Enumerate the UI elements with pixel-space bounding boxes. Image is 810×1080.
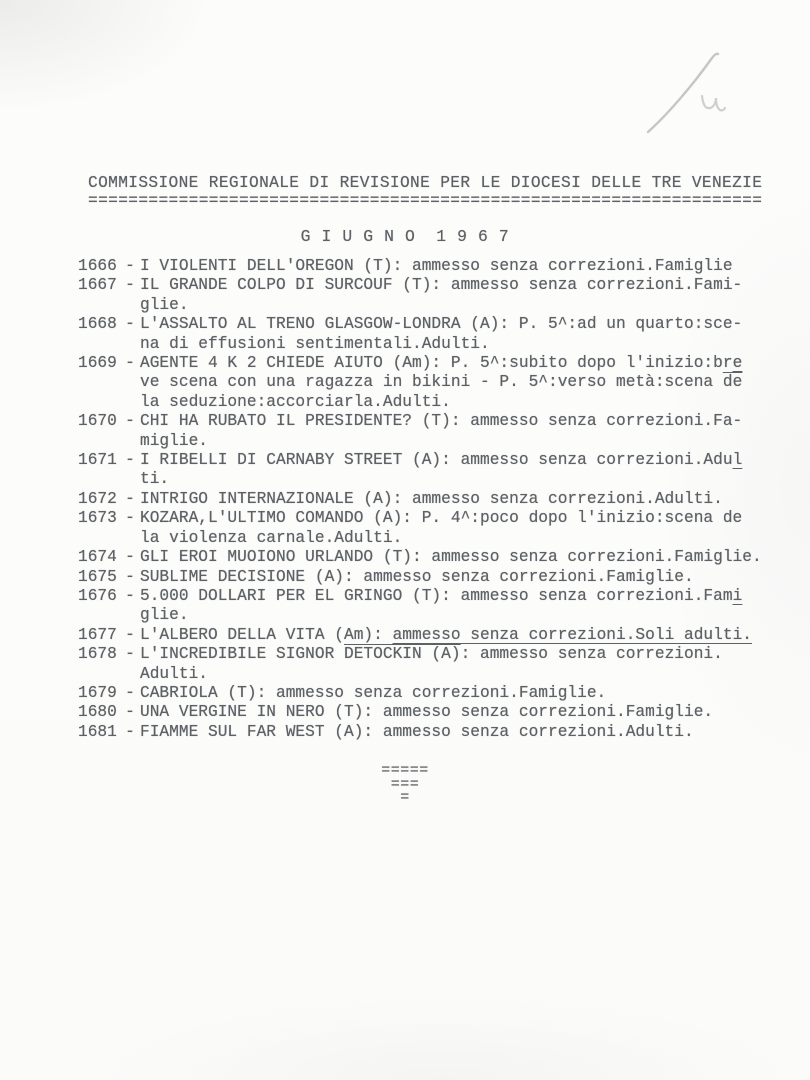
entry-number: 1672 [78, 490, 120, 509]
title-underline: ========================================… [88, 194, 778, 208]
entry-text-line: glie. [140, 296, 802, 315]
entry-dash: - [120, 645, 140, 664]
film-entry: 1680-UNA VERGINE IN NERO (T): ammesso se… [78, 703, 802, 722]
page-title: COMMISSIONE REGIONALE DI REVISIONE PER L… [88, 174, 778, 193]
film-entry: 1673-KOZARA,L'ULTIMO COMANDO (A): P. 4^:… [78, 509, 802, 548]
entry-number: 1669 [78, 354, 120, 373]
film-entry: 1676-5.000 DOLLARI PER EL GRINGO (T): am… [78, 587, 802, 626]
entry-text-line: 5.000 DOLLARI PER EL GRINGO (T): ammesso… [140, 587, 802, 606]
entry-text-line: I VIOLENTI DELL'OREGON (T): ammesso senz… [140, 257, 802, 276]
entry-text-line: Adulti. [140, 665, 802, 684]
film-entry: 1668-L'ASSALTO AL TRENO GLASGOW-LONDRA (… [78, 315, 802, 354]
entry-number: 1673 [78, 509, 120, 528]
film-entry: 1667-IL GRANDE COLPO DI SURCOUF (T): amm… [78, 276, 802, 315]
entry-text-line: L'ALBERO DELLA VITA (Am): ammesso senza … [140, 626, 802, 645]
entry-text-line: ti. [140, 470, 802, 489]
entry-text-line: la violenza carnale.Adulti. [140, 529, 802, 548]
entry-number: 1674 [78, 548, 120, 567]
film-entry: 1671-I RIBELLI DI CARNABY STREET (A): am… [78, 451, 802, 490]
entry-dash: - [120, 490, 140, 509]
entry-text-line: L'INCREDIBILE SIGNOR DETOCKIN (A): ammes… [140, 645, 802, 664]
end-marks: ========= [0, 764, 810, 805]
entry-text: I RIBELLI DI CARNABY STREET (A): ammesso… [140, 451, 802, 490]
entry-text-line: IL GRANDE COLPO DI SURCOUF (T): ammesso … [140, 276, 802, 295]
entry-text-line: KOZARA,L'ULTIMO COMANDO (A): P. 4^:poco … [140, 509, 802, 528]
entry-text: CABRIOLA (T): ammesso senza correzioni.F… [140, 684, 802, 703]
scanned-document-page: COMMISSIONE REGIONALE DI REVISIONE PER L… [0, 0, 810, 1080]
entry-number: 1670 [78, 412, 120, 431]
entry-number: 1677 [78, 626, 120, 645]
entry-dash: - [120, 587, 140, 606]
entry-number: 1678 [78, 645, 120, 664]
entry-number: 1667 [78, 276, 120, 295]
entry-number: 1680 [78, 703, 120, 722]
entry-text-line: UNA VERGINE IN NERO (T): ammesso senza c… [140, 703, 802, 722]
entry-text-line: glie. [140, 606, 802, 625]
entry-text: L'ASSALTO AL TRENO GLASGOW-LONDRA (A): P… [140, 315, 802, 354]
entry-number: 1679 [78, 684, 120, 703]
film-entry: 1677-L'ALBERO DELLA VITA (Am): ammesso s… [78, 626, 802, 645]
entry-dash: - [120, 509, 140, 528]
entry-dash: - [120, 548, 140, 567]
entry-text: L'ALBERO DELLA VITA (Am): ammesso senza … [140, 626, 802, 645]
entry-text-line: AGENTE 4 K 2 CHIEDE AIUTO (Am): P. 5^:su… [140, 354, 802, 373]
film-entry: 1681-FIAMME SUL FAR WEST (A): ammesso se… [78, 723, 802, 742]
film-entry: 1675-SUBLIME DECISIONE (A): ammesso senz… [78, 568, 802, 587]
entry-text: 5.000 DOLLARI PER EL GRINGO (T): ammesso… [140, 587, 802, 626]
entry-text-line: la seduzione:accorciarla.Adulti. [140, 393, 802, 412]
entry-text-line: FIAMME SUL FAR WEST (A): ammesso senza c… [140, 723, 802, 742]
entry-text: SUBLIME DECISIONE (A): ammesso senza cor… [140, 568, 802, 587]
entry-dash: - [120, 626, 140, 645]
entry-text: CHI HA RUBATO IL PRESIDENTE? (T): ammess… [140, 412, 802, 451]
document-header: COMMISSIONE REGIONALE DI REVISIONE PER L… [88, 174, 778, 208]
entry-text-line: GLI EROI MUOIONO URLANDO (T): ammesso se… [140, 548, 802, 567]
entry-text: GLI EROI MUOIONO URLANDO (T): ammesso se… [140, 548, 802, 567]
entry-number: 1666 [78, 257, 120, 276]
entry-number: 1668 [78, 315, 120, 334]
entry-text-line: L'ASSALTO AL TRENO GLASGOW-LONDRA (A): P… [140, 315, 802, 334]
entry-text-line: I RIBELLI DI CARNABY STREET (A): ammesso… [140, 451, 802, 470]
end-mark-line: = [0, 791, 810, 805]
film-entry: 1672-INTRIGO INTERNAZIONALE (A): ammesso… [78, 490, 802, 509]
entry-text-line: SUBLIME DECISIONE (A): ammesso senza cor… [140, 568, 802, 587]
entry-dash: - [120, 684, 140, 703]
entry-dash: - [120, 412, 140, 431]
entry-text-line: INTRIGO INTERNAZIONALE (A): ammesso senz… [140, 490, 802, 509]
entry-dash: - [120, 451, 140, 470]
entry-text: FIAMME SUL FAR WEST (A): ammesso senza c… [140, 723, 802, 742]
entry-number: 1675 [78, 568, 120, 587]
film-entry: 1674-GLI EROI MUOIONO URLANDO (T): ammes… [78, 548, 802, 567]
film-entry: 1678-L'INCREDIBILE SIGNOR DETOCKIN (A): … [78, 645, 802, 684]
film-entry: 1666-I VIOLENTI DELL'OREGON (T): ammesso… [78, 257, 802, 276]
entry-text: L'INCREDIBILE SIGNOR DETOCKIN (A): ammes… [140, 645, 802, 684]
entry-dash: - [120, 703, 140, 722]
month-heading: G I U G N O 1 9 6 7 [0, 227, 810, 246]
entry-dash: - [120, 354, 140, 373]
entry-text: INTRIGO INTERNAZIONALE (A): ammesso senz… [140, 490, 802, 509]
entry-text: AGENTE 4 K 2 CHIEDE AIUTO (Am): P. 5^:su… [140, 354, 802, 412]
entry-number: 1681 [78, 723, 120, 742]
entry-text-line: CABRIOLA (T): ammesso senza correzioni.F… [140, 684, 802, 703]
film-entry: 1679-CABRIOLA (T): ammesso senza correzi… [78, 684, 802, 703]
film-entry: 1670-CHI HA RUBATO IL PRESIDENTE? (T): a… [78, 412, 802, 451]
entry-text-line: miglie. [140, 432, 802, 451]
entry-number: 1676 [78, 587, 120, 606]
entries-list: 1666-I VIOLENTI DELL'OREGON (T): ammesso… [78, 257, 802, 742]
entry-dash: - [120, 257, 140, 276]
entry-text: KOZARA,L'ULTIMO COMANDO (A): P. 4^:poco … [140, 509, 802, 548]
entry-text-line: CHI HA RUBATO IL PRESIDENTE? (T): ammess… [140, 412, 802, 431]
entry-dash: - [120, 276, 140, 295]
entry-dash: - [120, 315, 140, 334]
entry-text: IL GRANDE COLPO DI SURCOUF (T): ammesso … [140, 276, 802, 315]
entry-dash: - [120, 568, 140, 587]
entry-text-line: ve scena con una ragazza in bikini - P. … [140, 373, 802, 392]
entry-text: UNA VERGINE IN NERO (T): ammesso senza c… [140, 703, 802, 722]
entry-dash: - [120, 723, 140, 742]
entry-number: 1671 [78, 451, 120, 470]
entry-text-line: na di effusioni sentimentali.Adulti. [140, 335, 802, 354]
handwritten-pencil-mark [640, 48, 760, 138]
film-entry: 1669-AGENTE 4 K 2 CHIEDE AIUTO (Am): P. … [78, 354, 802, 412]
entry-text: I VIOLENTI DELL'OREGON (T): ammesso senz… [140, 257, 802, 276]
